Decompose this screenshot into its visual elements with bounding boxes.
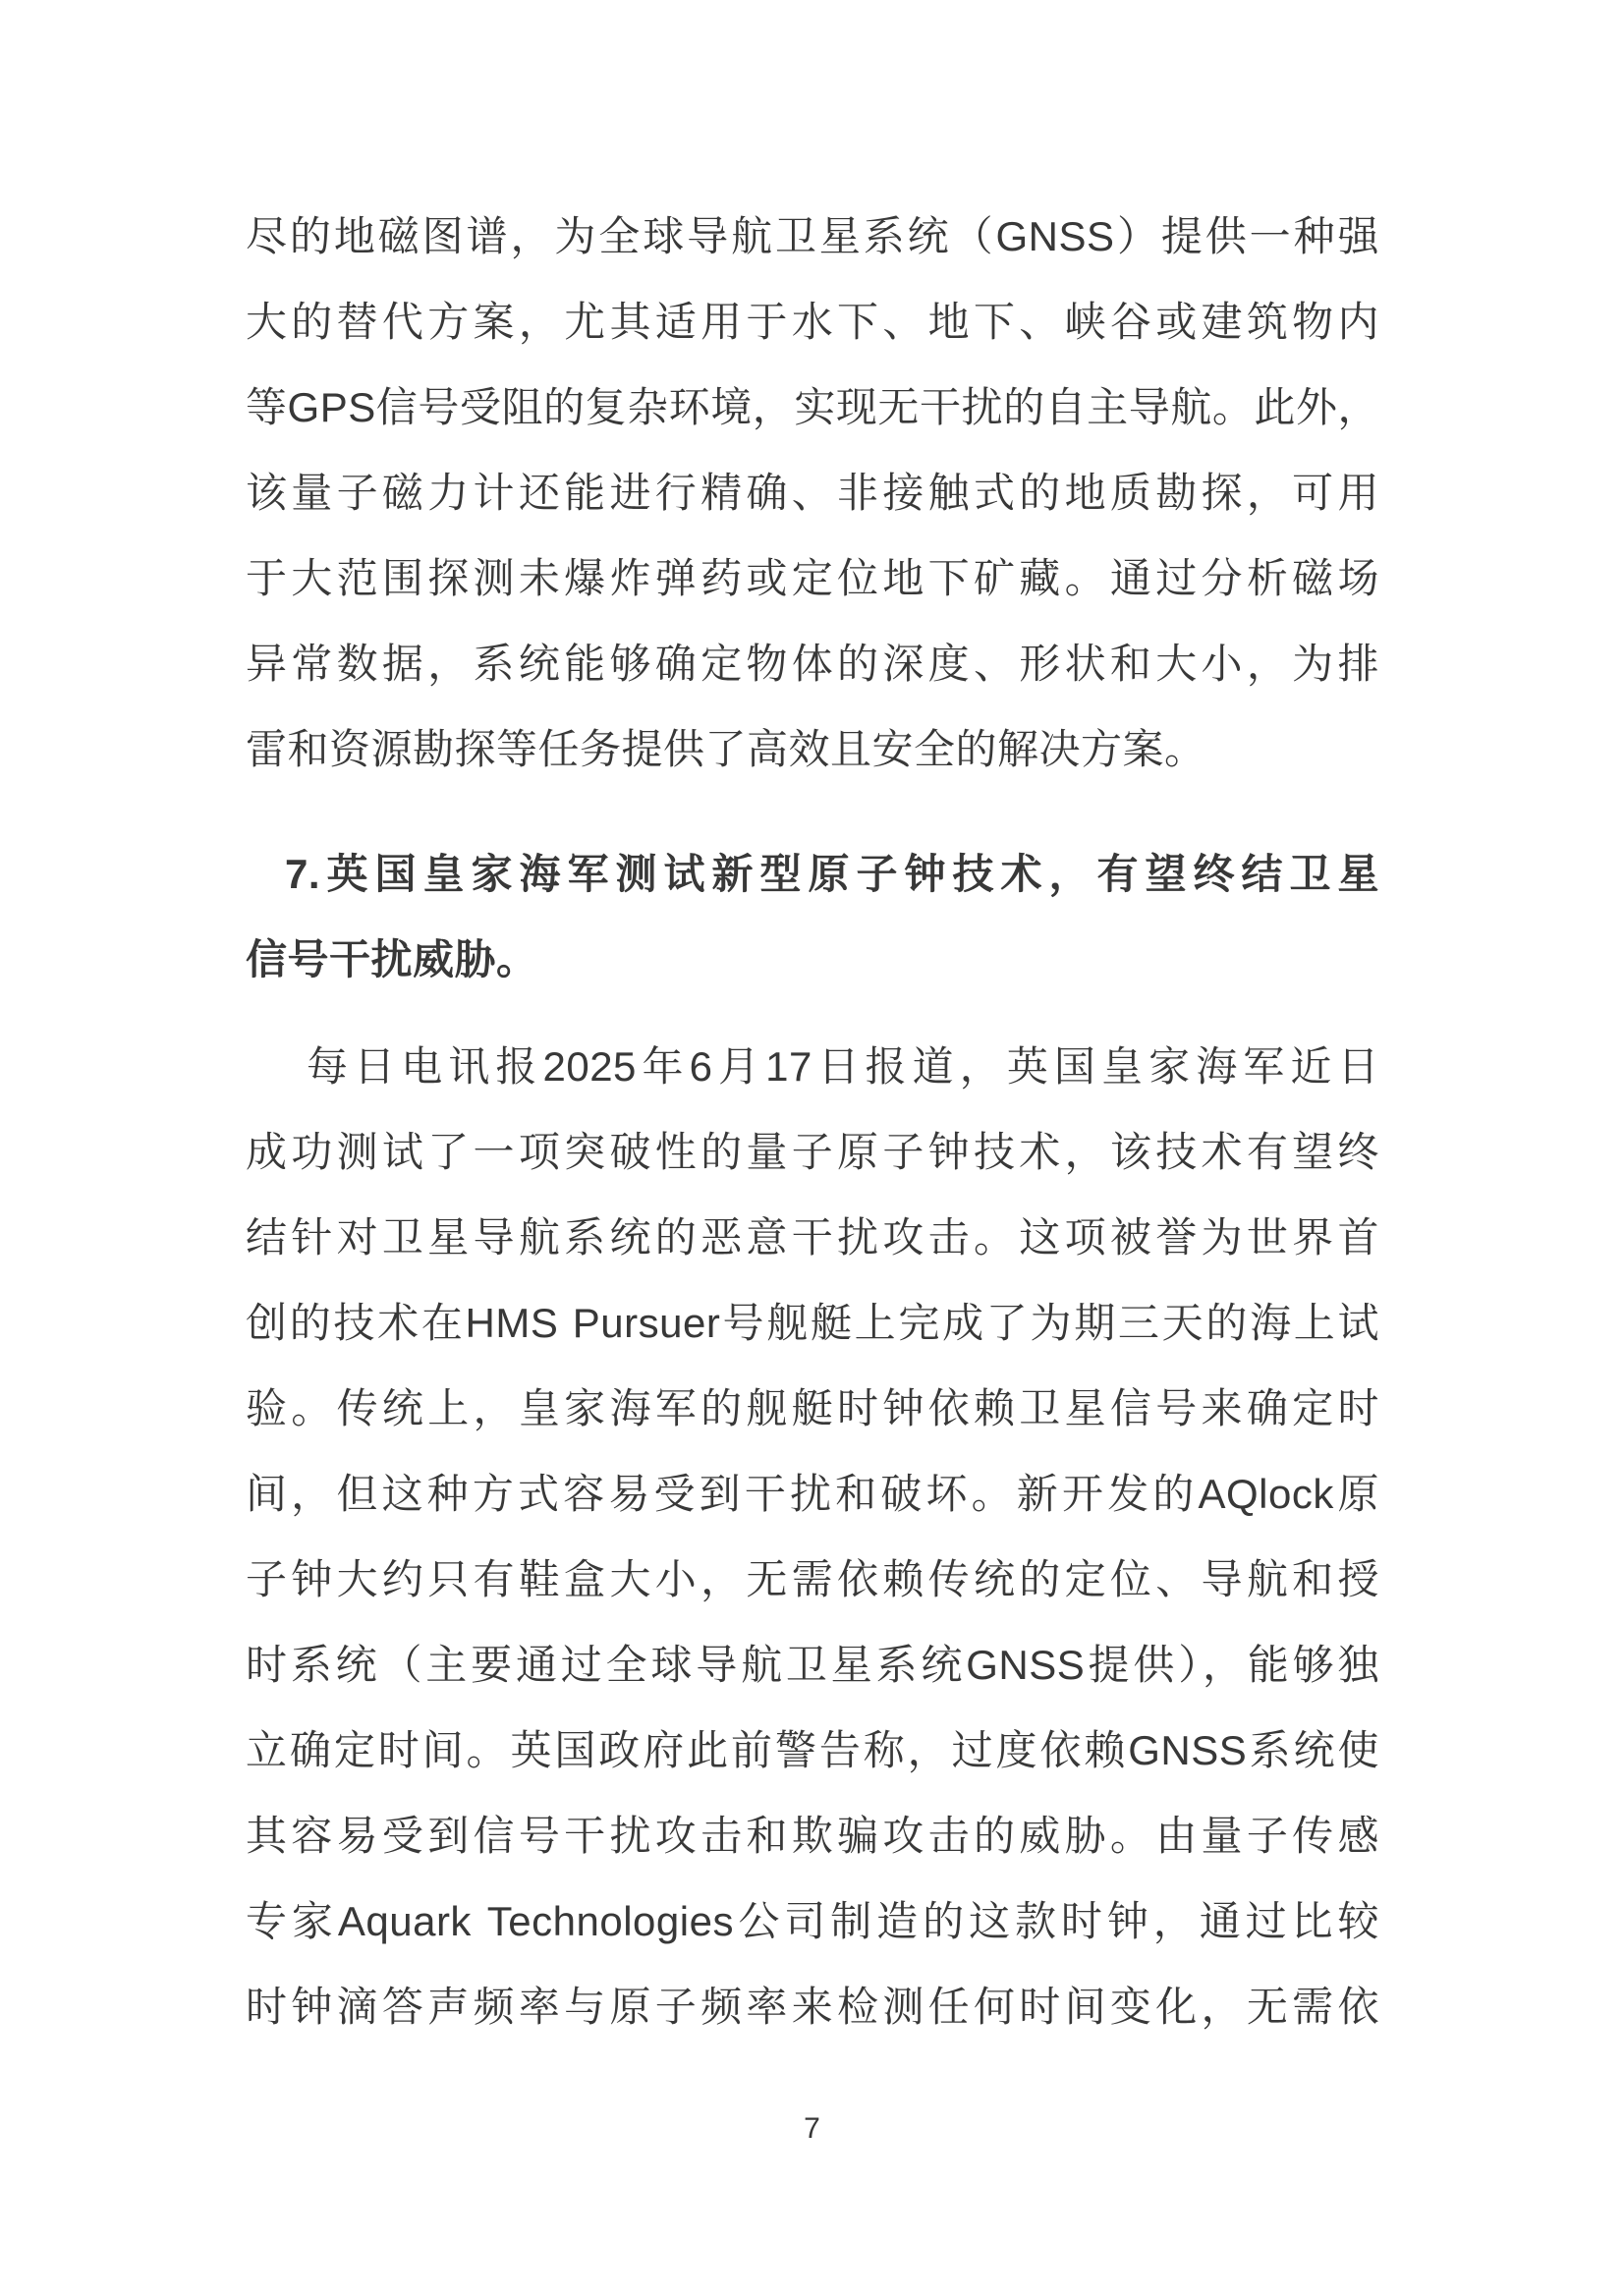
text-line: 等GPS信号受阻的复杂环境，实现无干扰的自主导航。此外， [246,364,1379,450]
text-line: 信号干扰威胁。 [246,917,1379,1002]
text-line: 每日电讯报2025年6月17日报道，英国皇家海军近日 [246,1024,1379,1109]
text-line: 间，但这种方式容易受到干扰和破坏。新开发的AQlock原 [246,1451,1379,1537]
text-line: 雷和资源勘探等任务提供了高效且安全的解决方案。 [246,706,1379,792]
text-line: 专家Aquark Technologies公司制造的这款时钟，通过比较 [246,1878,1379,1964]
text-line: 大的替代方案，尤其适用于水下、地下、峡谷或建筑物内 [246,279,1379,364]
text-line: 验。传统上，皇家海军的舰艇时钟依赖卫星信号来确定时 [246,1366,1379,1451]
text-line: 其容易受到信号干扰攻击和欺骗攻击的威胁。由量子传感 [246,1793,1379,1878]
section-heading-7-royal-navy: 7.英国皇家海军测试新型原子钟技术，有望终结卫星信号干扰威胁。 [246,831,1379,1002]
text-line: 7.英国皇家海军测试新型原子钟技术，有望终结卫星 [246,831,1379,917]
text-line: 结针对卫星导航系统的恶意干扰攻击。这项被誉为世界首 [246,1195,1379,1280]
text-line: 创的技术在HMS Pursuer号舰艇上完成了为期三天的海上试 [246,1280,1379,1366]
paragraph-quantum-magnetometer: 尽的地磁图谱，为全球导航卫星系统（GNSS）提供一种强大的替代方案，尤其适用于水… [246,194,1379,792]
text-block: 尽的地磁图谱，为全球导航卫星系统（GNSS）提供一种强大的替代方案，尤其适用于水… [246,194,1379,2049]
page-number: 7 [0,2109,1624,2149]
text-line: 立确定时间。英国政府此前警告称，过度依赖GNSS系统使 [246,1708,1379,1793]
text-line: 异常数据，系统能够确定物体的深度、形状和大小，为排 [246,621,1379,706]
text-line: 时系统（主要通过全球导航卫星系统GNSS提供），能够独 [246,1622,1379,1708]
paragraph-royal-navy-atomic-clock: 每日电讯报2025年6月17日报道，英国皇家海军近日成功测试了一项突破性的量子原… [246,1024,1379,2049]
document-page: 尽的地磁图谱，为全球导航卫星系统（GNSS）提供一种强大的替代方案，尤其适用于水… [0,0,1624,2296]
text-line: 成功测试了一项突破性的量子原子钟技术，该技术有望终 [246,1109,1379,1195]
text-line: 尽的地磁图谱，为全球导航卫星系统（GNSS）提供一种强 [246,194,1379,279]
text-line: 该量子磁力计还能进行精确、非接触式的地质勘探，可用 [246,450,1379,535]
text-line: 时钟滴答声频率与原子频率来检测任何时间变化，无需依 [246,1964,1379,2049]
text-line: 子钟大约只有鞋盒大小，无需依赖传统的定位、导航和授 [246,1537,1379,1622]
text-line: 于大范围探测未爆炸弹药或定位地下矿藏。通过分析磁场 [246,535,1379,621]
